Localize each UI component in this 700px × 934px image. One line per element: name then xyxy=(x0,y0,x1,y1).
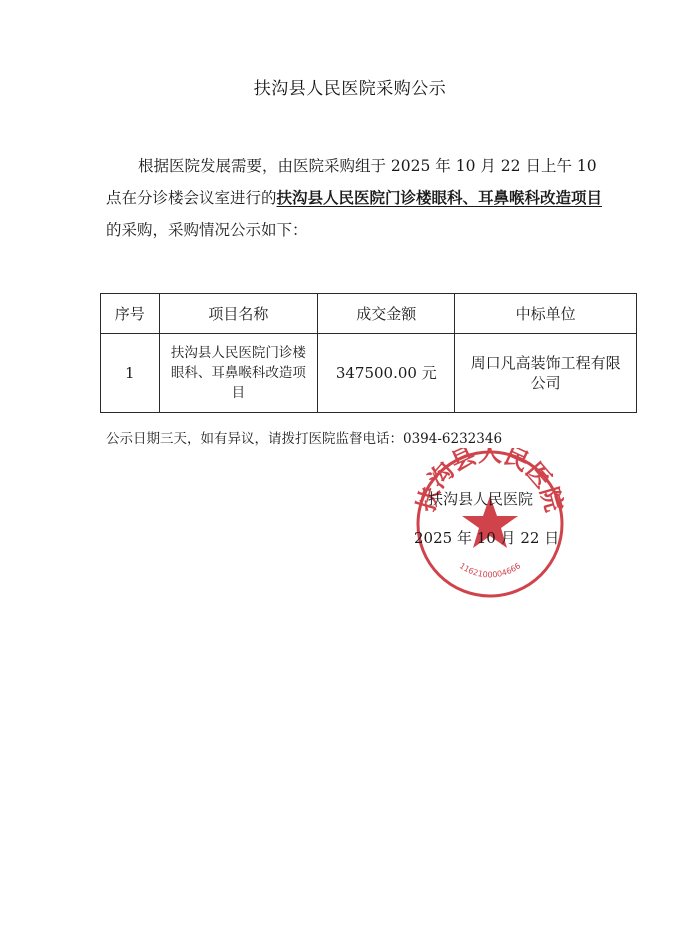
header-amount: 成交金额 xyxy=(318,294,455,334)
notice-text: 公示日期三天，如有异议，请拨打医院监督电话：0394-6232346 xyxy=(106,427,502,447)
procurement-result-table: 序号 项目名称 成交金额 中标单位 1 扶沟县人民医院门诊楼眼科、耳鼻喉科改造项… xyxy=(100,293,637,413)
official-seal-icon: 扶沟县人民医院 1162100004666 xyxy=(414,448,566,600)
table-header-row: 序号 项目名称 成交金额 中标单位 xyxy=(101,294,637,334)
header-project-name: 项目名称 xyxy=(159,294,318,334)
stamp-serial: 1162100004666 xyxy=(458,561,522,579)
document-title: 扶沟县人民医院采购公示 xyxy=(0,74,700,99)
intro-suffix: 的采购，采购情况公示如下： xyxy=(106,221,308,239)
signature-organization: 扶沟县人民医院 xyxy=(428,488,533,509)
cell-amount: 347500.00 元 xyxy=(318,334,455,413)
header-winner: 中标单位 xyxy=(455,294,637,334)
svg-text:1162100004666: 1162100004666 xyxy=(458,561,522,579)
cell-winner: 周口凡高装饰工程有限公司 xyxy=(455,334,637,413)
project-name-underlined: 扶沟县人民医院门诊楼眼科、耳鼻喉科改造项目 xyxy=(277,188,603,207)
signature-date: 2025 年 10 月 22 日 xyxy=(414,527,559,548)
cell-index: 1 xyxy=(101,334,160,413)
cell-project-name: 扶沟县人民医院门诊楼眼科、耳鼻喉科改造项目 xyxy=(159,334,318,413)
header-index: 序号 xyxy=(101,294,160,334)
intro-paragraph: 根据医院发展需要，由医院采购组于 2025 年 10 月 22 日上午 10 点… xyxy=(106,150,614,246)
table-row: 1 扶沟县人民医院门诊楼眼科、耳鼻喉科改造项目 347500.00 元 周口凡高… xyxy=(101,334,637,413)
